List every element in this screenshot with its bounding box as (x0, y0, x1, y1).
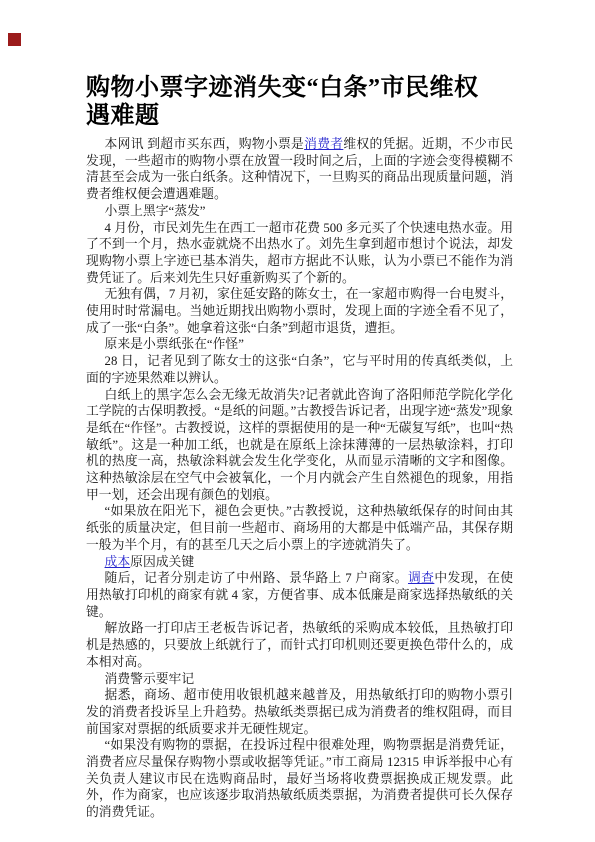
heading-cost-rest: 原因成关键 (130, 555, 194, 569)
paragraph-survey: 随后，记者分别走访了中州路、景华路上 7 户商家。调查中发现，在使用热敏打印机的… (86, 570, 513, 620)
document-page: 购物小票字迹消失变“白条”市民维权遇难题 本网讯 到超市买东西，购物小票是消费者… (0, 0, 595, 842)
paragraph-printshop: 解放路一打印店王老板告诉记者，热敏纸的采购成本较低，且热敏打印机是热感的，只要放… (86, 620, 513, 670)
intro-text-pre: 本网讯 到超市买东西，购物小票是 (105, 137, 305, 151)
section-heading-cost: 成本原因成关键 (86, 554, 513, 571)
paragraph-intro: 本网讯 到超市买东西，购物小票是消费者维权的凭据。近期，不少市民发现，一些超市的… (86, 136, 513, 203)
section-heading-evaporate: 小票上黑字“蒸发” (86, 203, 513, 220)
link-consumer[interactable]: 消费者 (304, 137, 343, 151)
section-heading-paper: 原来是小票纸张在“作怪” (86, 336, 513, 353)
article-body: 本网讯 到超市买东西，购物小票是消费者维权的凭据。近期，不少市民发现，一些超市的… (86, 136, 513, 821)
link-investigation[interactable]: 调查 (408, 571, 434, 585)
paragraph-kettle: 4 月份，市民刘先生在西工一超市花费 500 多元买了个快速电热水壶。用了不到一… (86, 220, 513, 287)
paragraph-receipt: 28 日，记者见到了陈女士的这张“白条”，它与平时用的传真纸类似，上面的字迹果然… (86, 353, 513, 386)
link-cost[interactable]: 成本 (105, 555, 131, 569)
section-heading-warning: 消费警示要牢记 (86, 671, 513, 688)
paragraph-trend: 据悉，商场、超市使用收银机越来越普及，用热敏纸打印的购物小票引发的消费者投诉呈上… (86, 687, 513, 737)
paragraph-iron: 无独有偶，7 月初，家住延安路的陈女士，在一家超市购得一台电熨斗，使用时时常漏电… (86, 286, 513, 336)
article-content: 购物小票字迹消失变“白条”市民维权遇难题 本网讯 到超市买东西，购物小票是消费者… (86, 74, 513, 821)
article-title-line1: 购物小票字迹消失变“白条”市民维权 (86, 75, 479, 101)
survey-text-pre: 随后，记者分别走访了中州路、景华路上 7 户商家。 (105, 571, 408, 585)
paragraph-sunlight: “如果放在阳光下，褪色会更快。”古教授说，这种热敏纸保存的时间由其纸张的质量决定… (86, 503, 513, 553)
paragraph-advice: “如果没有购物的票据，在投诉过程中很难处理，购物票据是消费凭证，消费者应尽量保存… (86, 737, 513, 821)
red-square-marker (8, 33, 21, 46)
article-title-line2: 遇难题 (86, 103, 160, 129)
article-title: 购物小票字迹消失变“白条”市民维权遇难题 (86, 74, 513, 130)
paragraph-professor: 白纸上的黑字怎么会无缘无故消失?记者就此咨询了洛阳师范学院化学化工学院的古保明教… (86, 387, 513, 504)
